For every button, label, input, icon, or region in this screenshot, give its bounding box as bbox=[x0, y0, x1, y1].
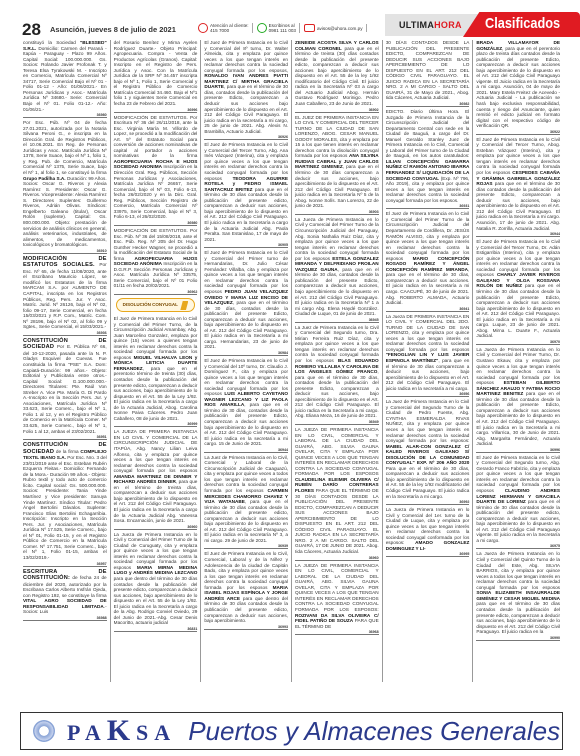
notice-code: 36910 bbox=[23, 249, 107, 254]
column-1: constituyó la Sociedad "BLESSED" S.R.L. … bbox=[20, 40, 111, 682]
paksa-slogan: Puertos y Almacenes Generales bbox=[188, 716, 560, 747]
notice-body: , para que en el término de 30 días, con… bbox=[204, 402, 288, 446]
notice-text: de la firma bbox=[54, 449, 80, 454]
classified-notice: MODIFICACIÓN DE ESTATUTOS. Por Escritura… bbox=[114, 115, 198, 220]
paksa-seal-icon bbox=[33, 720, 55, 742]
column-2: del Rosario Benítez y Mirna Ayelen Rodrí… bbox=[111, 40, 202, 682]
classified-notice: EL JUEZ DE PRIMERA INSTANCIA EN LO CIVIL… bbox=[295, 115, 379, 209]
notice-body: PARA QUE EL TÉRMINO DE 30 DÍAS CONTADOS … bbox=[295, 488, 379, 554]
notice-body: , para que en el término de 30 días cont… bbox=[204, 499, 288, 543]
notice-code: 36951 bbox=[23, 435, 107, 440]
contact-strip: Atención al cliente:415 7000 Escribinos … bbox=[198, 23, 367, 33]
notice-body: , para que en el término de 30 días, con… bbox=[295, 369, 379, 418]
column-3: El Juez de Primera Instancia en lo Civil… bbox=[201, 40, 292, 682]
classified-notice: El Juez de Primera Instancia en lo Civil… bbox=[204, 358, 288, 447]
classified-notice: La Jueza de Primera Instancia en lo Civi… bbox=[476, 347, 560, 447]
notice-body: , para que en el término de 30 días, con… bbox=[295, 267, 379, 316]
paksa-logo: PAKSA bbox=[67, 714, 176, 748]
notice-body: , para que en el término de 30 días, con… bbox=[204, 300, 288, 349]
classified-notice: La Jueza de Primera Instancia en lo Civi… bbox=[386, 507, 470, 551]
notice-body: para que en el término de 30 días contad… bbox=[476, 283, 560, 338]
notice-text: La Jueza de Primera Instancia en lo Civi… bbox=[476, 551, 560, 589]
classified-notice: ZENEIDE ACOSTA SILVA Y CARLOS COLMAN COR… bbox=[295, 40, 379, 107]
classified-notice: 30 DÍAS CONTADOS DESDE LA PUBLICACIÓN DE… bbox=[386, 40, 470, 101]
classified-notice: LA JUEZA DE PRIMERA INSTANCIA EN LO CIVI… bbox=[295, 563, 379, 630]
classified-notice: MODIFICACIÓN DE ESTATUTOS. Por Esc. Púb.… bbox=[114, 228, 198, 289]
classified-notice: El Juez de Primera Instancia en lo Civil… bbox=[114, 316, 198, 421]
notice-code: 36956 bbox=[386, 392, 470, 397]
notice-text: del Rosario Benítez y Mirna Ayelen Rodrí… bbox=[114, 40, 198, 106]
notice-code: 36980 bbox=[23, 113, 107, 118]
notice-text: EDICTO. Diario Última Hora. El Juzgado d… bbox=[386, 109, 470, 158]
notice-text: Por Esc. Púb. Nº 04 de fecha 27.01.2021,… bbox=[23, 120, 107, 175]
contact-phone[interactable]: Atención al cliente:415 7000 bbox=[198, 23, 253, 33]
notice-code: 36999 bbox=[114, 422, 198, 427]
notice-names: VITAL AGRO SOCIEDAD DE RESPONSABILIDAD L… bbox=[23, 598, 107, 609]
paksa-advertisement[interactable]: PAKSA Puertos y Almacenes Generales bbox=[20, 712, 563, 750]
notice-body: para que en el término de 30 días contad… bbox=[476, 181, 560, 230]
page-number: 28 bbox=[22, 20, 41, 40]
classified-notice: BRADA VILLAMAYOR DE GONZÁLEZ, para que e… bbox=[476, 40, 560, 129]
notice-names: Grupo Padilha S.A. bbox=[23, 176, 66, 181]
notice-body: para que en el término de 30 días contad… bbox=[476, 499, 560, 543]
notice-body: para que en el término de 30 días contad… bbox=[476, 601, 560, 634]
notice-names: SONIA ELIZABETH INSAURRALDE GIMÉNEZ Y CE… bbox=[476, 590, 560, 601]
classified-notice: La Jueza de Primera Instancia en lo Civi… bbox=[114, 532, 198, 626]
classified-notice: El Juez de Primera Instancia en lo Civil… bbox=[476, 239, 560, 339]
classified-notice: MODIFICACIÓN DE ESTATUTOS SOCIALES. Por … bbox=[23, 256, 107, 330]
notice-text: La Jueza de Primera Instancia en lo Civi… bbox=[295, 217, 379, 261]
notice-code: 36944 bbox=[204, 448, 288, 453]
notice-text: constituyó la Sociedad bbox=[23, 40, 80, 45]
notice-code: 36957 bbox=[23, 562, 107, 567]
notice-text: Por E. Pública Nº 66, del 10-12-2020, pa… bbox=[23, 344, 107, 433]
section-tab: Clasificados bbox=[463, 12, 580, 37]
whatsapp-icon bbox=[257, 23, 267, 33]
classified-notice: La Juez de Primera Instancia en lo Civil… bbox=[204, 455, 288, 544]
classified-notice: CONSTITUCIÓN DE SOCIEDAD Por E. Pública … bbox=[23, 338, 107, 434]
brand-block: ULTIMAHORA Clasificados bbox=[385, 14, 580, 38]
notice-body: , para que en el término de 30 días, com… bbox=[386, 267, 470, 305]
classified-notice: LA JUEZA DE PRIMERA INSTANCIA EN LO CIVI… bbox=[114, 429, 198, 523]
section-banner-disolucion-conyugal: DISOLUCIÓN CONYUGAL bbox=[116, 298, 196, 312]
notice-body: , para que en el término de 30 días comp… bbox=[295, 164, 379, 208]
classifieds-columns: constituyó la Sociedad "BLESSED" S.R.L. … bbox=[20, 40, 563, 682]
notice-code: 36945 bbox=[295, 318, 379, 323]
notice-code: 36944 bbox=[476, 232, 560, 237]
classified-notice: El Juez de Primera Instancia en lo Civil… bbox=[204, 250, 288, 350]
notice-body: Domicilio: Carmen del Paraná - Itapúa - … bbox=[23, 46, 107, 112]
classified-notice: ESCRITURA DE CONSTITUCIÓN: de fecha 24 d… bbox=[23, 569, 107, 615]
classified-notice: La Juez de Primera Instancia en lo Civil… bbox=[295, 325, 379, 419]
notice-body: , para que en el término de treinta días… bbox=[114, 479, 198, 523]
notice-code: 36970 bbox=[476, 340, 560, 345]
contact-value: avisos@uhora.com.py bbox=[317, 26, 363, 31]
notice-code: 36936 bbox=[23, 331, 107, 336]
mail-icon bbox=[304, 24, 315, 32]
notice-text: LA JUEZA DE PRIMERA INSTANCIA EN LO CIVI… bbox=[114, 429, 198, 473]
notice-code: 36960 bbox=[295, 556, 379, 561]
notice-code: 36988 bbox=[23, 616, 107, 621]
classified-notice: La Juez de Primera Instancia en lo Civil… bbox=[386, 399, 470, 499]
notice-code: 36992 bbox=[386, 500, 470, 505]
page-header: 28 Asunción, jueves 8 de julio de 2021 A… bbox=[0, 0, 580, 38]
notice-text: La Jueza DE PRIMERA INSTANCIA EN LO CIVI… bbox=[386, 314, 470, 352]
notice-code: 36960 bbox=[114, 525, 198, 530]
notice-code: 36902 bbox=[295, 108, 379, 113]
column-5: 30 DÍAS CONTADOS DESDE LA PUBLICACIÓN DE… bbox=[383, 40, 474, 682]
notice-code: 36995 bbox=[386, 552, 470, 557]
notice-code: 36982 bbox=[386, 102, 470, 107]
notice-code: 36905 bbox=[204, 243, 288, 248]
notice-body: para que en el término de 30 días contad… bbox=[204, 187, 288, 242]
classified-notice: La Jueza de Primera Instancia en lo Civi… bbox=[476, 551, 560, 634]
classified-notice: La Jueza DE PRIMERA INSTANCIA EN LO CIVI… bbox=[386, 314, 470, 392]
classified-notice: El Juez de Primera Instancia en lo Civil… bbox=[476, 455, 560, 544]
contact-email[interactable]: avisos@uhora.com.py bbox=[304, 24, 367, 32]
classified-notice: El Juez de Primera Instancia en lo Civil… bbox=[386, 211, 470, 305]
contact-value: 0981 111 003 bbox=[269, 28, 296, 33]
notice-code: 36996 bbox=[114, 108, 198, 113]
classified-notice: El Juez de Primera Instancia en lo Civil… bbox=[204, 142, 288, 242]
classified-notice: El Juez de Primera Instancia en lo Civil… bbox=[204, 40, 288, 134]
notice-text: El Juez de Primera Instancia en lo Civil… bbox=[204, 40, 288, 73]
notice-code: 36926 bbox=[204, 135, 288, 140]
notice-text: Por Esc. Nº 65, de fecha 11/08/2020, ant… bbox=[23, 262, 107, 329]
notice-body: para que en el término de 30 días contad… bbox=[476, 391, 560, 446]
notice-body: , para que en el término de 30 días comp… bbox=[386, 358, 470, 391]
notice-body: , para que en el perentorio término de t… bbox=[114, 366, 198, 421]
notice-code: 36996 bbox=[476, 448, 560, 453]
phone-icon bbox=[198, 23, 208, 33]
notice-body: para que dentro del término de 30 días c… bbox=[114, 576, 198, 625]
ultimahora-logo: ULTIMAHORA bbox=[399, 20, 462, 30]
notice-code: 36990 bbox=[476, 636, 560, 641]
notice-text: El Juez de Primera Instancia en lo Civil… bbox=[204, 250, 288, 294]
section-title: Clasificados bbox=[485, 15, 560, 32]
notice-code: 36962 bbox=[114, 290, 198, 295]
notice-body: para que en el término de treinta (30) d… bbox=[295, 46, 379, 106]
notice-code: 36993 bbox=[204, 625, 288, 630]
classified-notice: del Rosario Benítez y Mirna Ayelen Rodrí… bbox=[114, 40, 198, 107]
classified-notice: LA JUEZA DE PRIMERA INSTANCIA EN LO CIVI… bbox=[295, 427, 379, 555]
classified-notice: EDICTO. Diario Última Hora. El Juzgado d… bbox=[386, 109, 470, 203]
notice-body: Duración: 99 Años. Socios: Oscar G. Rive… bbox=[23, 176, 107, 248]
notice-text: La Juez de Primera Instancia en lo Civil… bbox=[386, 399, 470, 443]
notice-code: 36931 bbox=[386, 204, 470, 209]
notice-code: 36941 bbox=[386, 307, 470, 312]
notice-text: LA JUEZA DE PRIMERA INSTANCIA EN LO CIVI… bbox=[295, 563, 379, 612]
column-6: BRADA VILLAMAYOR DE GONZÁLEZ, para que e… bbox=[473, 40, 563, 682]
notice-body: Inscripción en la Dirección Gral. Reg. P… bbox=[114, 164, 198, 219]
notice-text: EL JUEZ DE PRIMERA INSTANCIA EN LO CIVIL… bbox=[295, 115, 379, 159]
dateline: Asunción, jueves 8 de julio de 2021 bbox=[50, 25, 176, 34]
classified-notice: La Jueza de Primera Instancia en lo Civi… bbox=[295, 217, 379, 317]
notice-names: MABEL ALAR-CON GONZALEZ C/ KALED RIVEROS… bbox=[386, 444, 470, 466]
notice-code: 36975 bbox=[476, 544, 560, 549]
classified-notice: El Juez de Primera Instancia en lo Civil… bbox=[204, 551, 288, 623]
contact-whatsapp[interactable]: Escribinos al0981 111 003 bbox=[257, 23, 300, 33]
column-4: ZENEIDE ACOSTA SILVA Y CARLOS COLMAN COR… bbox=[292, 40, 383, 682]
notice-text: 30 DÍAS CONTADOS DESDE LA PUBLICACIÓN DE… bbox=[386, 40, 470, 100]
classified-notice: constituyó la Sociedad "BLESSED" S.R.L. … bbox=[23, 40, 107, 112]
classified-notice: CONSTITUCIÓN DE SOCIEDAD de la firma COM… bbox=[23, 442, 107, 560]
notice-text: El Juez de Primera Instancia en lo Civil… bbox=[114, 316, 198, 360]
contact-value: 415 7000 bbox=[210, 28, 229, 33]
notice-code: 36968 bbox=[295, 630, 379, 635]
notice-body: , para que en el término de 30 días, con… bbox=[204, 84, 288, 133]
notice-text: MODIFICACIÓN DE ESTATUTOS. Por Escritura… bbox=[114, 115, 198, 159]
notice-body: Por Esc. Nro. 3 del 23/01/2019 ante el E… bbox=[23, 455, 107, 560]
notice-code: 36980 bbox=[114, 221, 198, 226]
notice-code: 36831 bbox=[114, 627, 198, 632]
notice-code: 36949 bbox=[295, 420, 379, 425]
classified-notice: Por Esc. Púb. Nº 04 de fecha 27.01.2021,… bbox=[23, 120, 107, 248]
notice-body: Para que en el término de 30 días, compa… bbox=[386, 466, 470, 499]
notice-text: El Juez de Primera Instancia en lo Civil… bbox=[386, 211, 470, 260]
notice-code: 36939 bbox=[204, 544, 288, 549]
notice-code: 36903 bbox=[295, 210, 379, 215]
notice-code: 36922 bbox=[476, 130, 560, 135]
classified-notice: El Juez de Primera Instancia en lo Civil… bbox=[476, 137, 560, 231]
notice-text: LA JUEZA DE PRIMERA INSTANCIA EN LO CIVI… bbox=[295, 427, 379, 476]
notice-code: 36984 bbox=[204, 351, 288, 356]
notice-body: , para que en el perentorio plazo de tre… bbox=[476, 46, 560, 129]
